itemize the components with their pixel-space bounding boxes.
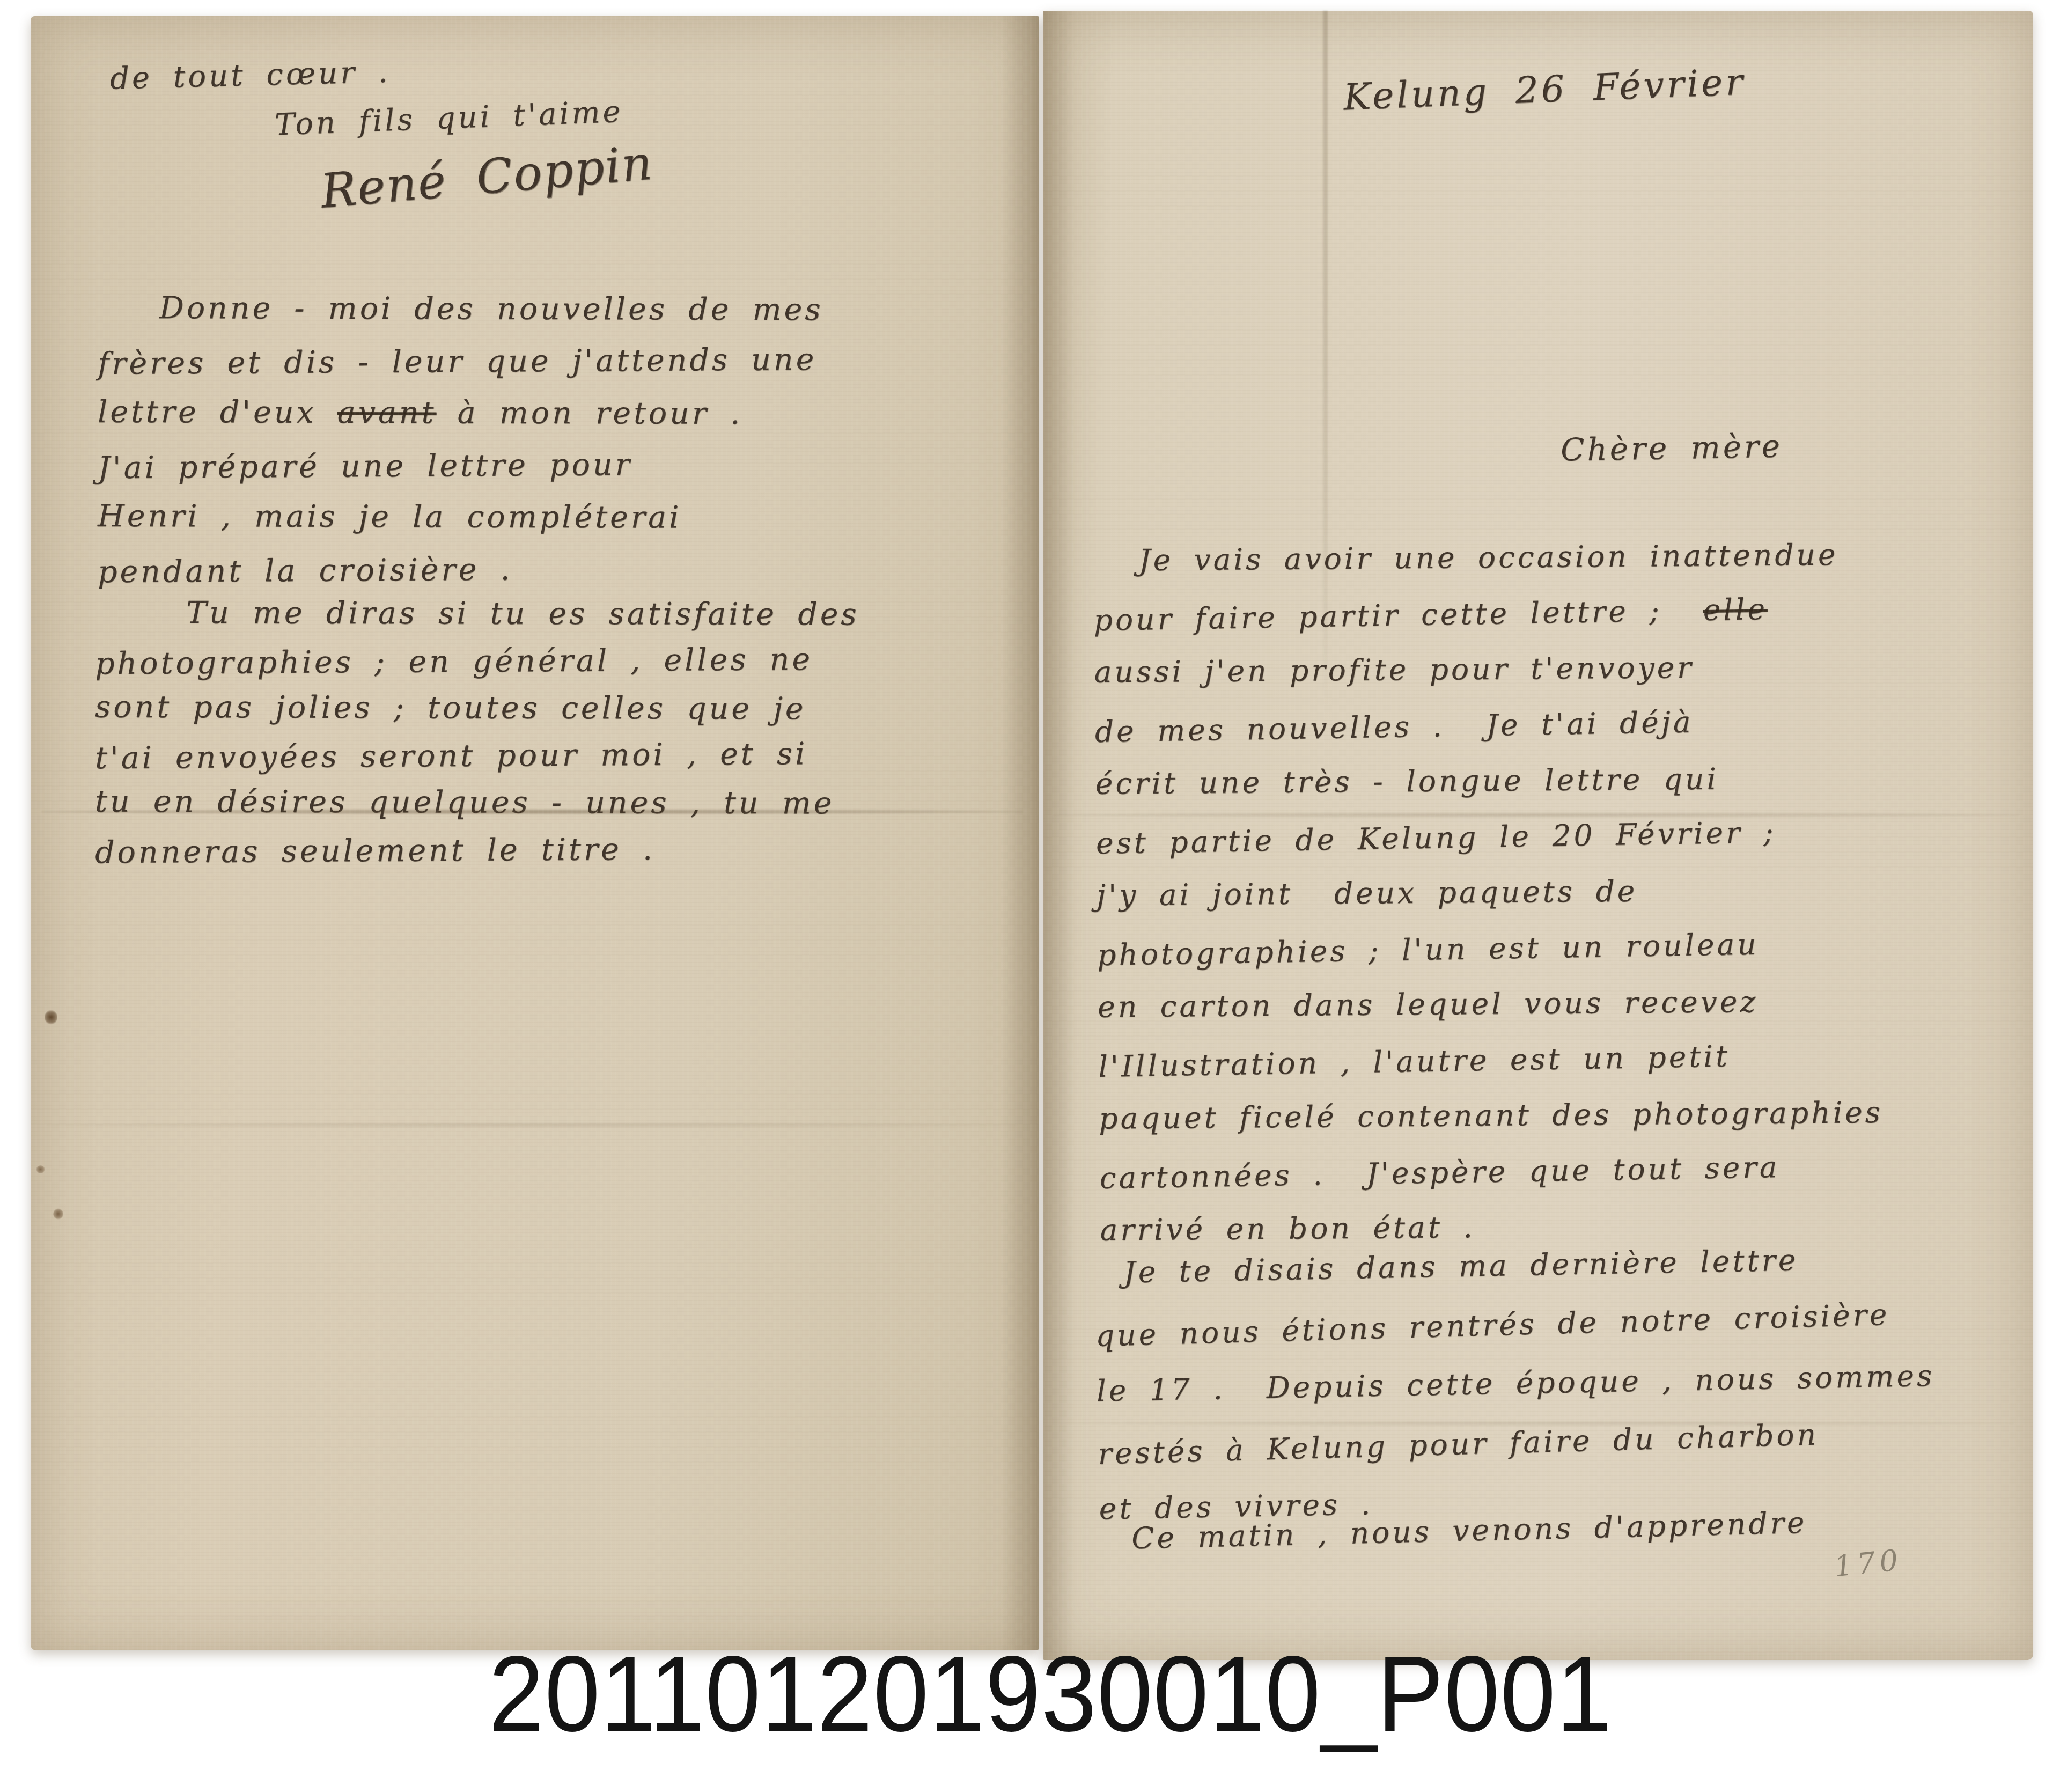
handwriting-line: paquet ficelé contenant des photographie…: [1099, 1083, 2000, 1146]
struck-word: avant: [337, 395, 437, 430]
handwriting-line-with-strike: lettre d'eux avant à mon retour .: [98, 386, 1010, 440]
handwriting-line: Henri , mais je la compléterai: [98, 490, 1010, 545]
paragraph: Donne - moi des nouvelles de mes frères …: [98, 283, 1010, 596]
handwriting-line: aussi j'en profite pour t'envoyer: [1094, 637, 1996, 700]
handwriting-line: J'ai préparé une lettre pour: [98, 437, 1010, 494]
handwriting-line: écrit une très - longue lettre qui: [1095, 748, 1997, 811]
handwriting-text: à mon retour .: [436, 395, 742, 431]
struck-word: elle: [1703, 592, 1768, 627]
handwriting-line: photographies ; en général , elles ne: [95, 635, 1007, 687]
salutation: Chère mère: [1560, 428, 1783, 468]
handwriting-line: Je vais avoir une occasion inattendue: [1093, 525, 1995, 588]
handwriting-line: photographies ; l'un est un rouleau: [1097, 912, 1998, 983]
letter-scan: de tout cœur . Ton fils qui t'aime René …: [0, 0, 2060, 1792]
signature: René Coppin: [319, 135, 655, 219]
handwriting-line: sont pas jolies ; toutes celles que je: [95, 684, 1007, 733]
foxing-stain: [53, 1208, 63, 1220]
handwriting-line: frères et dis - leur que j'attends une: [98, 333, 1010, 390]
handwriting-line: l'Illustration , l'autre est un petit: [1098, 1024, 2000, 1095]
handwriting-text: lettre d'eux: [98, 394, 337, 430]
fold-crease: [47, 1122, 1018, 1128]
closing-line: Ton fils qui t'aime: [274, 94, 624, 143]
handwriting-line: t'ai envoyées seront pour moi , et si: [95, 729, 1007, 782]
handwriting-line: en carton dans lequel vous recevez: [1098, 972, 1999, 1034]
catalog-number: 201101201930010_P001: [489, 1641, 1612, 1748]
handwriting-line: Tu me diras si tu es satisfaite des: [95, 589, 1007, 638]
handwriting-line-with-strike: pour faire partir cette lettre ; elle: [1093, 577, 1995, 648]
handwriting-line: de mes nouvelles . Je t'ai déjà: [1094, 689, 1996, 760]
handwriting-text: pour faire partir cette lettre ;: [1093, 593, 1703, 637]
pencil-page-number: 170: [1833, 1543, 1904, 1584]
handwriting-line: est partie de Kelung le 20 Février ;: [1095, 800, 1997, 871]
left-page: de tout cœur . Ton fils qui t'aime René …: [31, 16, 1039, 1650]
right-page: Kelung 26 Février Chère mère Je vais avo…: [1043, 11, 2033, 1660]
foxing-stain: [36, 1165, 45, 1173]
foxing-stain: [45, 1010, 57, 1025]
handwriting-line: j'y ai joint deux paquets de: [1097, 860, 1998, 923]
closing-line: de tout cœur .: [109, 55, 391, 97]
handwriting-line: Donne - moi des nouvelles de mes: [98, 282, 1010, 336]
paragraph: Je vais avoir une occasion inattendue po…: [1093, 524, 2002, 1259]
dateline: Kelung 26 Février: [1343, 61, 1746, 119]
handwriting-line: donneras seulement le titre .: [95, 824, 1007, 876]
paragraph: Tu me diras si tu es satisfaite des phot…: [95, 590, 1007, 873]
handwriting-line: cartonnées . J'espère que tout sera: [1099, 1135, 2001, 1206]
handwriting-line: tu en désires quelques - unes , tu me: [95, 778, 1007, 827]
